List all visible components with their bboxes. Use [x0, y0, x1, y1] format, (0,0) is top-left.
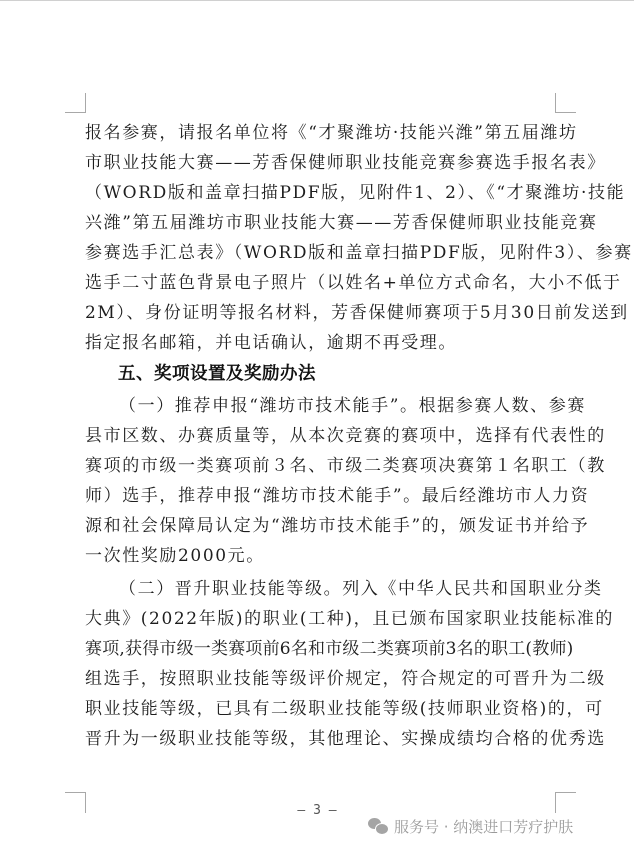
text-line: （WORD版和盖章扫描PDF版，见附件1、2）、《“才聚潍坊·技能	[85, 178, 555, 208]
text-line: 师）选手，推荐申报“潍坊市技术能手”。最后经潍坊市人力资	[85, 481, 555, 511]
section-heading: 五、奖项设置及奖励办法	[85, 358, 555, 391]
text-line: 赛项,获得市级一类赛项前6名和市级二类赛项前3名的职工(教师)	[85, 634, 555, 664]
text-line: 职业技能等级，已具有二级职业技能等级(技师职业资格)的，可	[85, 694, 555, 724]
text-line: 指定报名邮箱，并电话确认，逾期不再受理。	[85, 328, 555, 358]
text-line: 一次性奖励2000元。	[85, 541, 555, 571]
watermark: 服务号 · 纳澳进口芳疗护肤	[368, 814, 573, 838]
paragraph-technical-expert: （一）推荐申报“潍坊市技术能手”。根据参赛人数、参赛 县市区数、办赛质量等，从本…	[85, 391, 555, 571]
text-line: 晋升为一级职业技能等级，其他理论、实操成绩均合格的优秀选	[85, 724, 555, 754]
text-line: 参赛选手汇总表》（WORD版和盖章扫描PDF版，见附件3）、参赛	[85, 238, 555, 268]
text-line: 赛项的市级一类赛项前３名、市级二类赛项决赛第１名职工（教	[85, 451, 555, 481]
text-line: 组选手，按照职业技能等级评价规定，符合规定的可晋升为二级	[85, 664, 555, 694]
text-line: （一）推荐申报“潍坊市技术能手”。根据参赛人数、参赛	[85, 391, 555, 421]
text-line: 大典》(2022年版)的职业(工种)，且已颁布国家职业技能标准的	[85, 604, 555, 634]
wechat-icon	[368, 817, 388, 835]
text-line: 报名参赛，请报名单位将《“才聚潍坊·技能兴潍”第五届潍坊	[85, 118, 555, 148]
margin-corner-mark-top-left	[65, 93, 86, 113]
text-line: 兴潍”第五届潍坊市职业技能大赛——芳香保健师职业技能竞赛	[85, 208, 555, 238]
text-line: 源和社会保障局认定为“潍坊市技术能手”的，颁发证书并给予	[85, 511, 555, 541]
document-body: 报名参赛，请报名单位将《“才聚潍坊·技能兴潍”第五届潍坊 市职业技能大赛——芳香…	[85, 118, 555, 754]
top-border-line	[0, 0, 634, 1]
watermark-text: 服务号 · 纳澳进口芳疗护肤	[394, 816, 573, 837]
paragraph-registration: 报名参赛，请报名单位将《“才聚潍坊·技能兴潍”第五届潍坊 市职业技能大赛——芳香…	[85, 118, 555, 358]
paragraph-skill-level: （二）晋升职业技能等级。列入《中华人民共和国职业分类 大典》(2022年版)的职…	[85, 574, 555, 754]
text-line: 选手二寸蓝色背景电子照片（以姓名+单位方式命名，大小不低于	[85, 268, 555, 298]
text-line: （二）晋升职业技能等级。列入《中华人民共和国职业分类	[85, 574, 555, 604]
margin-corner-mark-top-right	[555, 93, 576, 113]
text-line: 市职业技能大赛——芳香保健师职业技能竞赛参赛选手报名表》	[85, 148, 555, 178]
text-line: 县市区数、办赛质量等，从本次竞赛的赛项中，选择有代表性的	[85, 421, 555, 451]
text-line: 2M）、身份证明等报名材料，芳香保健师赛项于5月30日前发送到	[85, 298, 555, 328]
